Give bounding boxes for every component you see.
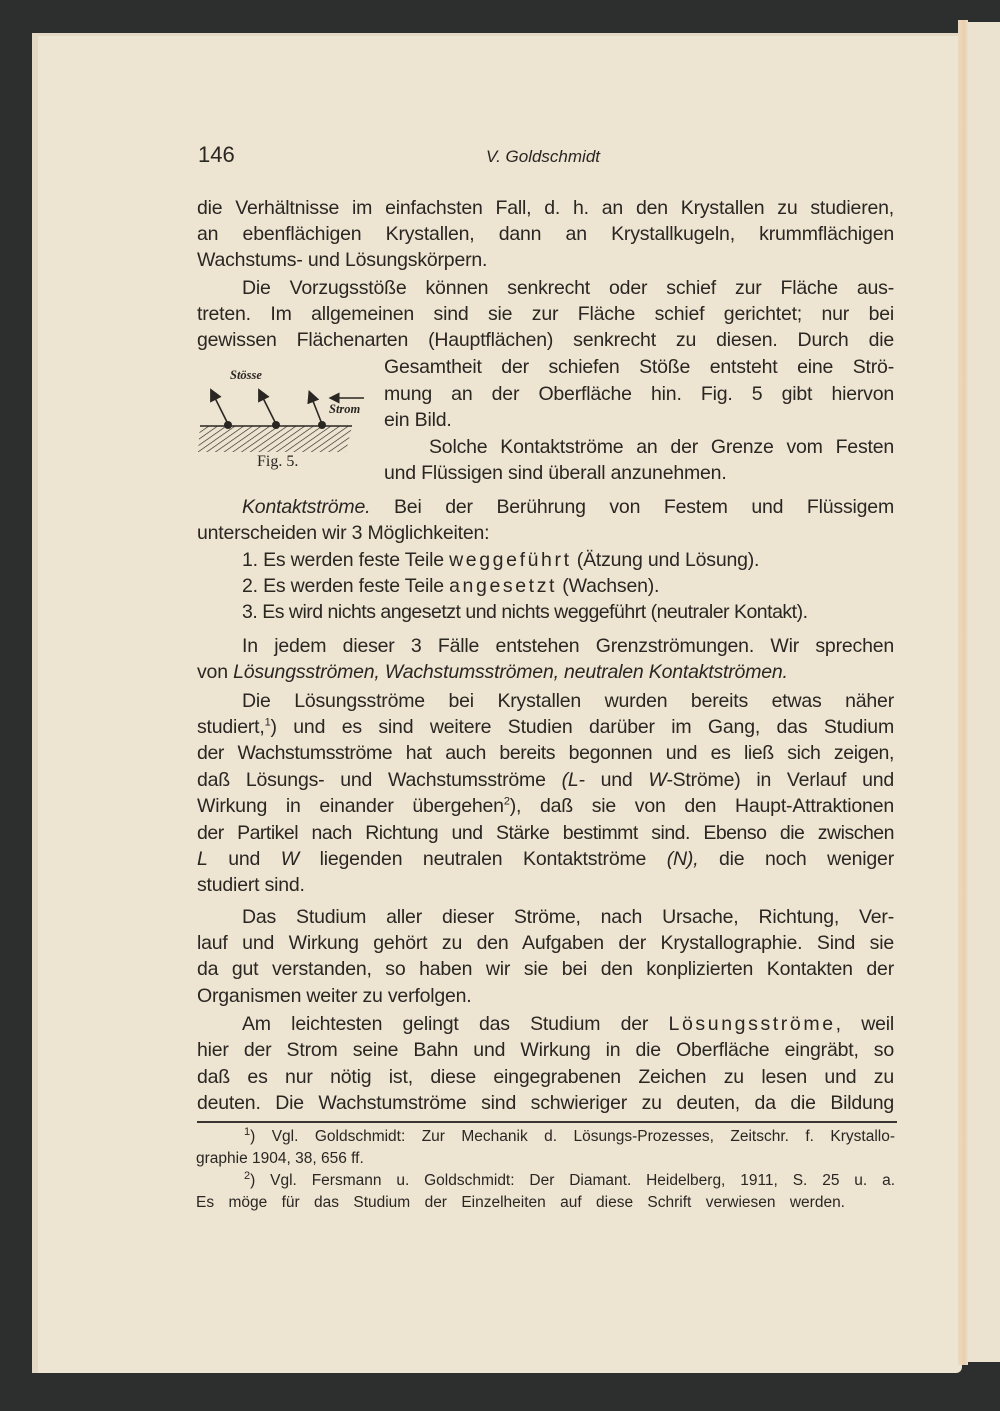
footnote-2: 2) Vgl. Fersmann u. Goldschmidt: Der Dia… [244,1172,895,1190]
facing-page-edge [968,22,1000,1362]
text-line: der Partikel nach Richtung und Stärke be… [197,820,894,847]
text-line: lauf und Wirkung gehört zu den Aufgaben … [197,930,894,957]
page-number: 146 [198,142,235,168]
text-line: treten. Im allgemeinen sind sie zur Fläc… [197,301,894,328]
text-line: studiert sind. [197,872,305,899]
text-line: Wirkung in einander übergehen2), daß sie… [197,793,894,820]
text-line: studiert,1) und es sind weitere Studien … [197,714,894,741]
text-line: hier der Strom seine Bahn und Wirkung in… [197,1037,894,1064]
footnote-1: 1) Vgl. Goldschmidt: Zur Mechanik d. Lös… [244,1128,895,1146]
text-line: Organismen weiter zu verfolgen. [197,983,472,1010]
text-line: mung an der Oberfläche hin. Fig. 5 gibt … [384,381,894,408]
text-line: von Lösungsströmen, Wachstumsströmen, ne… [197,659,788,686]
figure-label-stoesse: Stösse [230,368,262,383]
text-line: an ebenflächigen Krystallen, dann an Kry… [197,221,894,248]
list-item: 1. Es werden feste Teile weggeführt (Ätz… [242,547,759,574]
list-item: 3. Es wird nichts angesetzt und nichts w… [242,599,808,626]
text-line: L und W liegenden neutralen Kontaktström… [197,846,894,873]
text-line: und Flüssigen sind überall anzunehmen. [384,460,727,487]
footnote-divider [197,1121,897,1123]
text-line: Gesamtheit der schiefen Stöße entsteht e… [384,354,894,381]
book-gutter-fold [958,20,968,1365]
footnote-1-cont: graphie 1904, 38, 656 ff. [196,1150,364,1168]
text-line: da gut verstanden, so haben wir sie bei … [197,956,894,983]
footnote-2-cont: Es möge für das Studium der Einzelheiten… [196,1194,845,1212]
text-line: Am leichtesten gelingt das Studium der L… [242,1011,894,1038]
text-line: deuten. Die Wachstumströme sind schwieri… [197,1090,894,1117]
text-line: unterscheiden wir 3 Möglichkeiten: [197,520,489,547]
solid-surface-hatching [198,426,352,452]
text-line: Wachstums- und Lösungskörpern. [197,247,487,274]
text-line: Die Lösungsströme bei Krystallen wurden … [242,688,894,715]
text-line: ein Bild. [384,407,452,434]
running-title: V. Goldschmidt [486,147,600,167]
figure-caption: Fig. 5. [257,453,298,471]
text-line: Die Vorzugsstöße können senkrecht oder s… [242,275,894,302]
text-line: Solche Kontaktströme an der Grenze vom F… [429,434,894,461]
figure-label-strom: Strom [329,402,360,417]
text-line: In jedem dieser 3 Fälle entstehen Grenzs… [242,633,894,660]
section-heading: Kontaktströme. [242,496,370,518]
text-line: Kontaktströme. Bei der Berührung von Fes… [242,494,894,521]
text-line: die Verhältnisse im einfachsten Fall, d.… [197,195,894,222]
text-line: daß es nur nötig ist, diese eingegrabene… [197,1064,894,1091]
text-line: daß Lösungs- und Wachstumsströme (L- und… [197,767,894,794]
text-line: der Wachstumsströme hat auch bereits beg… [197,740,894,767]
text-line: Das Studium aller dieser Ströme, nach Ur… [242,904,894,931]
text-line: gewissen Flächenarten (Hauptflächen) sen… [197,327,894,354]
list-item: 2. Es werden feste Teile angesetzt (Wach… [242,573,659,600]
